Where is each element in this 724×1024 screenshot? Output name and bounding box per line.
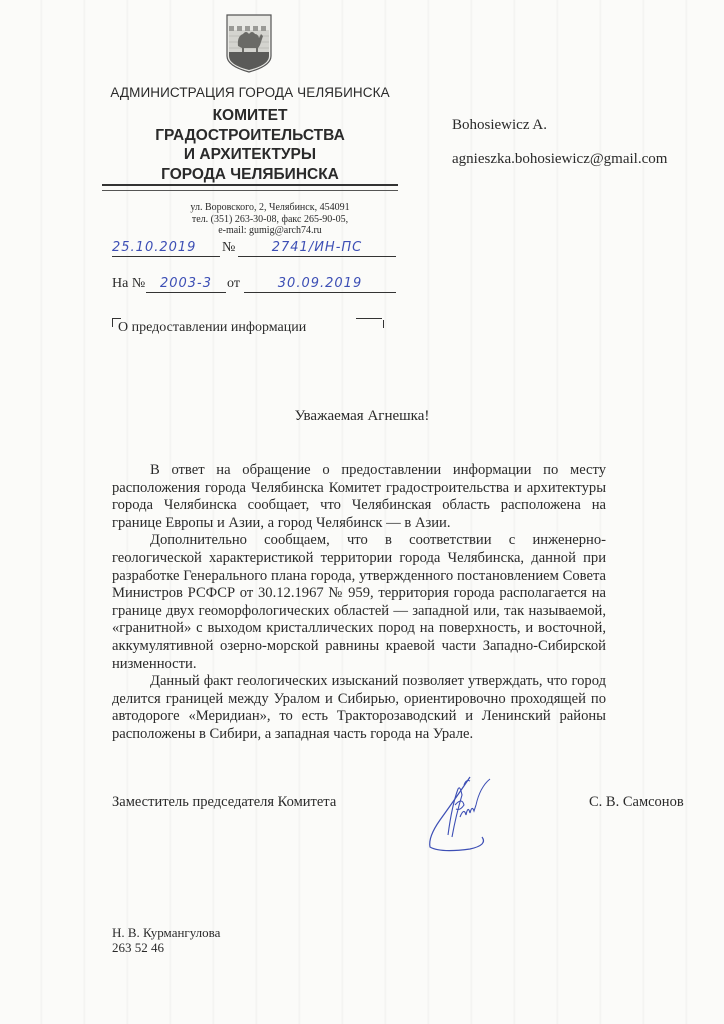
phone-fax: тел. (351) 263-30-08, факс 265-90-05,	[140, 214, 400, 226]
committee-line: ГОРОДА ЧЕЛЯБИНСКА	[100, 165, 400, 185]
executor-phone: 263 52 46	[112, 940, 220, 955]
committee-line: КОМИТЕТ	[100, 106, 400, 126]
signatory-name: С. В. Самсонов	[589, 794, 684, 811]
reply-to-date: 30.09.2019	[278, 276, 362, 291]
reply-to-date-field: 30.09.2019	[244, 274, 396, 293]
letterhead-rule	[102, 184, 398, 186]
coat-of-arms-icon	[224, 12, 274, 74]
email: e-mail: gumig@arch74.ru	[140, 225, 400, 237]
letterhead-contacts: ул. Воровского, 2, Челябинск, 454091 тел…	[140, 202, 400, 237]
address: ул. Воровского, 2, Челябинск, 454091	[140, 202, 400, 214]
administration-name: АДМИНИСТРАЦИЯ ГОРОДА ЧЕЛЯБИНСКА	[100, 85, 400, 100]
outgoing-date-field: 25.10.2019	[112, 238, 220, 257]
signatory-title: Заместитель председателя Комитета	[112, 794, 336, 811]
recipient-email: agnieszka.bohosiewicz@gmail.com	[452, 142, 667, 176]
number-label: №	[222, 240, 235, 256]
executor-name: Н. В. Курмангулова	[112, 925, 220, 940]
from-label: от	[227, 276, 240, 292]
committee-line: ГРАДОСТРОИТЕЛЬСТВА	[100, 126, 400, 146]
outgoing-number: 2741/ИН-ПС	[272, 240, 363, 255]
greeting: Уважаемая Агнешка!	[0, 408, 724, 425]
outgoing-date: 25.10.2019	[112, 240, 196, 255]
recipient-block: Bohosiewicz A. agnieszka.bohosiewicz@gma…	[452, 108, 667, 176]
body-paragraph: В ответ на обращение о предоставлении ин…	[112, 462, 606, 532]
letterhead-rule-thin	[102, 190, 398, 191]
committee-line: И АРХИТЕКТУРЫ	[100, 145, 400, 165]
committee-name: КОМИТЕТ ГРАДОСТРОИТЕЛЬСТВА И АРХИТЕКТУРЫ…	[100, 106, 400, 184]
subject-line: О предоставлении информации	[118, 320, 306, 336]
handwritten-signature-icon	[400, 775, 520, 855]
reply-to-label: На №	[112, 276, 145, 292]
outgoing-number-field: 2741/ИН-ПС	[238, 238, 396, 257]
executor-block: Н. В. Курмангулова 263 52 46	[112, 925, 220, 955]
reply-to-number-field: 2003-3	[146, 274, 226, 293]
subject-bracket-right	[356, 318, 382, 320]
body-paragraph: Дополнительно сообщаем, что в соответств…	[112, 532, 606, 673]
recipient-name: Bohosiewicz A.	[452, 108, 667, 142]
letter-body: В ответ на обращение о предоставлении ин…	[112, 462, 606, 744]
body-paragraph: Данный факт геологических изысканий позв…	[112, 673, 606, 743]
subject-bracket-right-tick	[383, 320, 384, 328]
reply-to-number: 2003-3	[160, 276, 212, 291]
